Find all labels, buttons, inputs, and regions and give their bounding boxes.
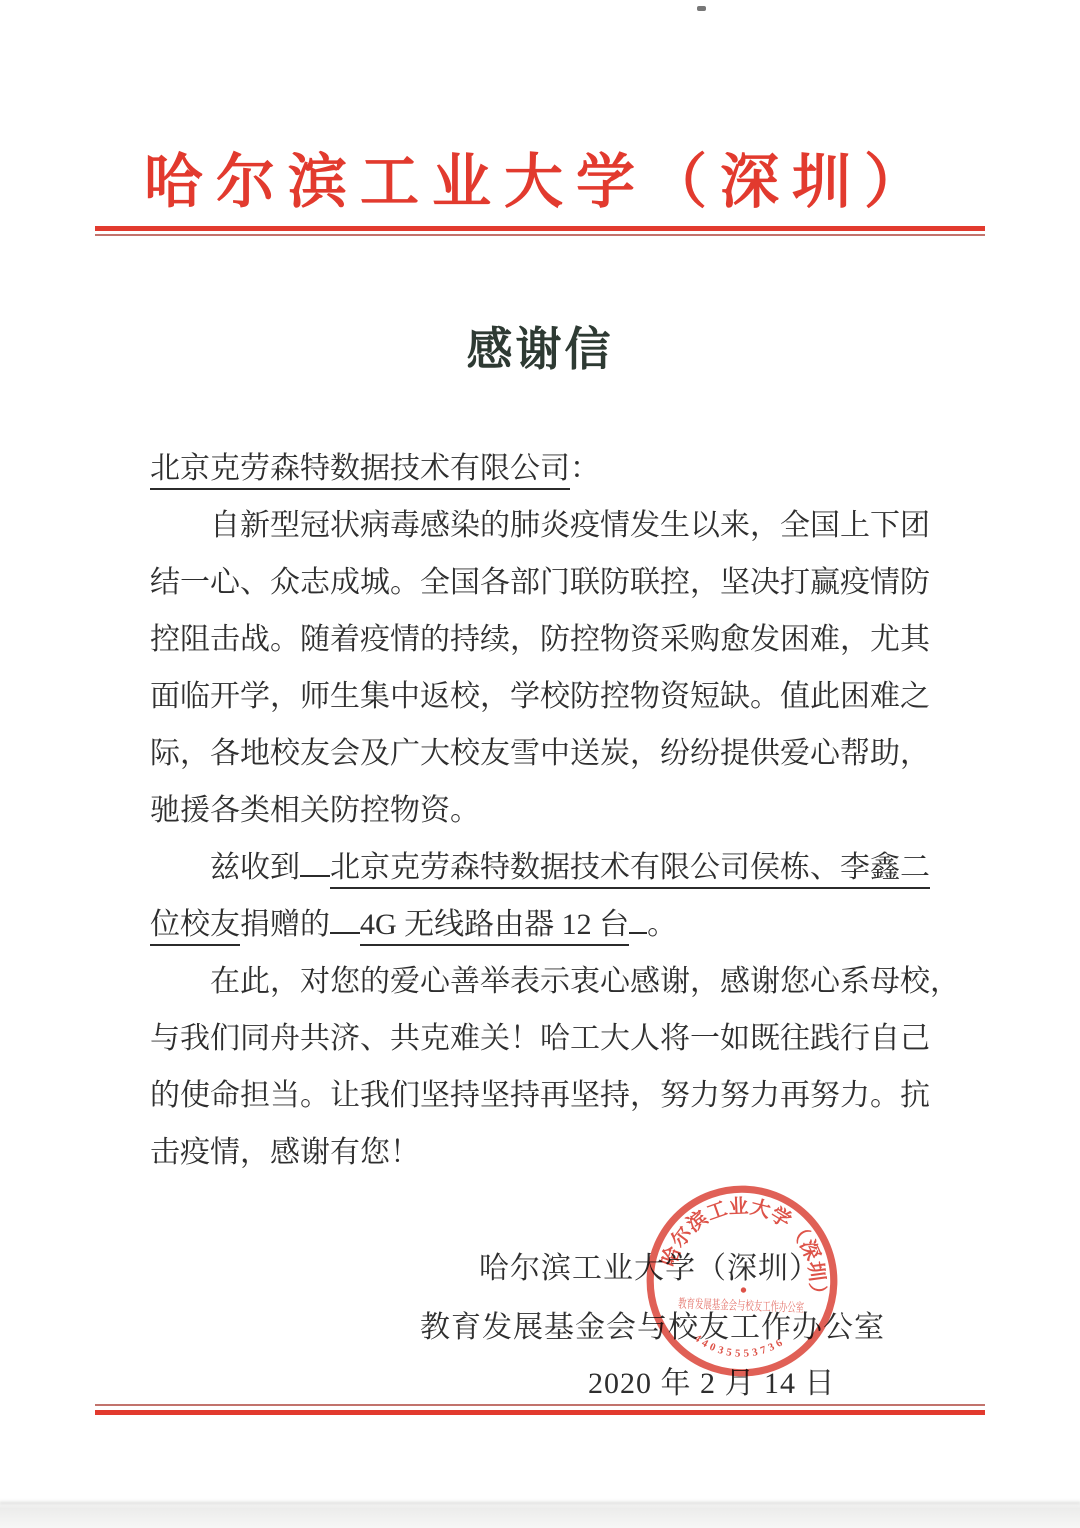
donation-verb: 捐赠的: [240, 908, 330, 941]
recipient-line: 北京克劳森特数据技术有限公司：: [150, 440, 932, 497]
recipient-name: 北京克劳森特数据技术有限公司: [150, 452, 570, 490]
scan-edge-shadow: [0, 1498, 1080, 1528]
received-prefix: 兹收到: [210, 851, 300, 884]
body-line: 自新型冠状病毒感染的肺炎疫情发生以来，全国上下团: [150, 497, 932, 554]
recipient-colon: ：: [570, 452, 600, 485]
body-line-received: 兹收到北京克劳森特数据技术有限公司侯栋、李鑫二: [150, 839, 932, 896]
footer-rule-thick: [95, 1410, 985, 1415]
header-rule-thin: [95, 234, 985, 236]
letter-body: 北京克劳森特数据技术有限公司： 自新型冠状病毒感染的肺炎疫情发生以来，全国上下团…: [150, 440, 932, 1181]
body-line-donation: 位校友捐赠的4G 无线路由器 12 台。: [150, 896, 932, 953]
body-line: 的使命担当。让我们坚持坚持再坚持，努力努力再努力。抗: [150, 1067, 932, 1124]
sentence-period: 。: [647, 908, 677, 941]
donor-name-continued: 位校友: [150, 908, 240, 946]
letterhead-title: 哈尔滨工业大学（深圳）: [0, 134, 1080, 219]
donor-name: 北京克劳森特数据技术有限公司侯栋、李鑫二: [330, 851, 930, 889]
official-seal: 哈尔滨工业大学（深圳） 教育发展基金会与校友工作办公室 44035553736: [640, 1179, 845, 1384]
underline-blank: [300, 845, 330, 877]
body-line: 在此，对您的爱心善举表示衷心感谢，感谢您心系母校，: [150, 953, 932, 1010]
underline-blank: [330, 902, 360, 934]
document-title: 感谢信: [0, 313, 1080, 379]
body-line: 与我们同舟共济、共克难关！哈工大人将一如既往践行自己: [150, 1010, 932, 1067]
donated-item: 4G 无线路由器 12 台: [360, 908, 629, 946]
footer-rule-thin: [95, 1404, 985, 1406]
seal-serial-number: 44035553736: [691, 1332, 788, 1361]
seal-center-dot: [741, 1287, 747, 1293]
letter-page: 哈尔滨工业大学（深圳） 感谢信 北京克劳森特数据技术有限公司： 自新型冠状病毒感…: [0, 0, 1080, 1528]
body-line: 面临开学，师生集中返校，学校防控物资短缺。值此困难之: [150, 668, 932, 725]
seal-center-text: 教育发展基金会与校友工作办公室: [678, 1296, 805, 1315]
header-rule-thick: [95, 226, 985, 231]
body-line: 驰援各类相关防控物资。: [150, 782, 932, 839]
body-line: 际，各地校友会及广大校友雪中送炭，纷纷提供爱心帮助，: [150, 725, 932, 782]
scan-artifact-speck: [697, 6, 706, 11]
body-line: 控阻击战。随着疫情的持续，防控物资采购愈发困难，尤其: [150, 611, 932, 668]
body-line: 结一心、众志成城。全国各部门联防联控，坚决打赢疫情防: [150, 554, 932, 611]
body-line: 击疫情，感谢有您！: [150, 1124, 932, 1181]
underline-blank: [629, 902, 647, 934]
